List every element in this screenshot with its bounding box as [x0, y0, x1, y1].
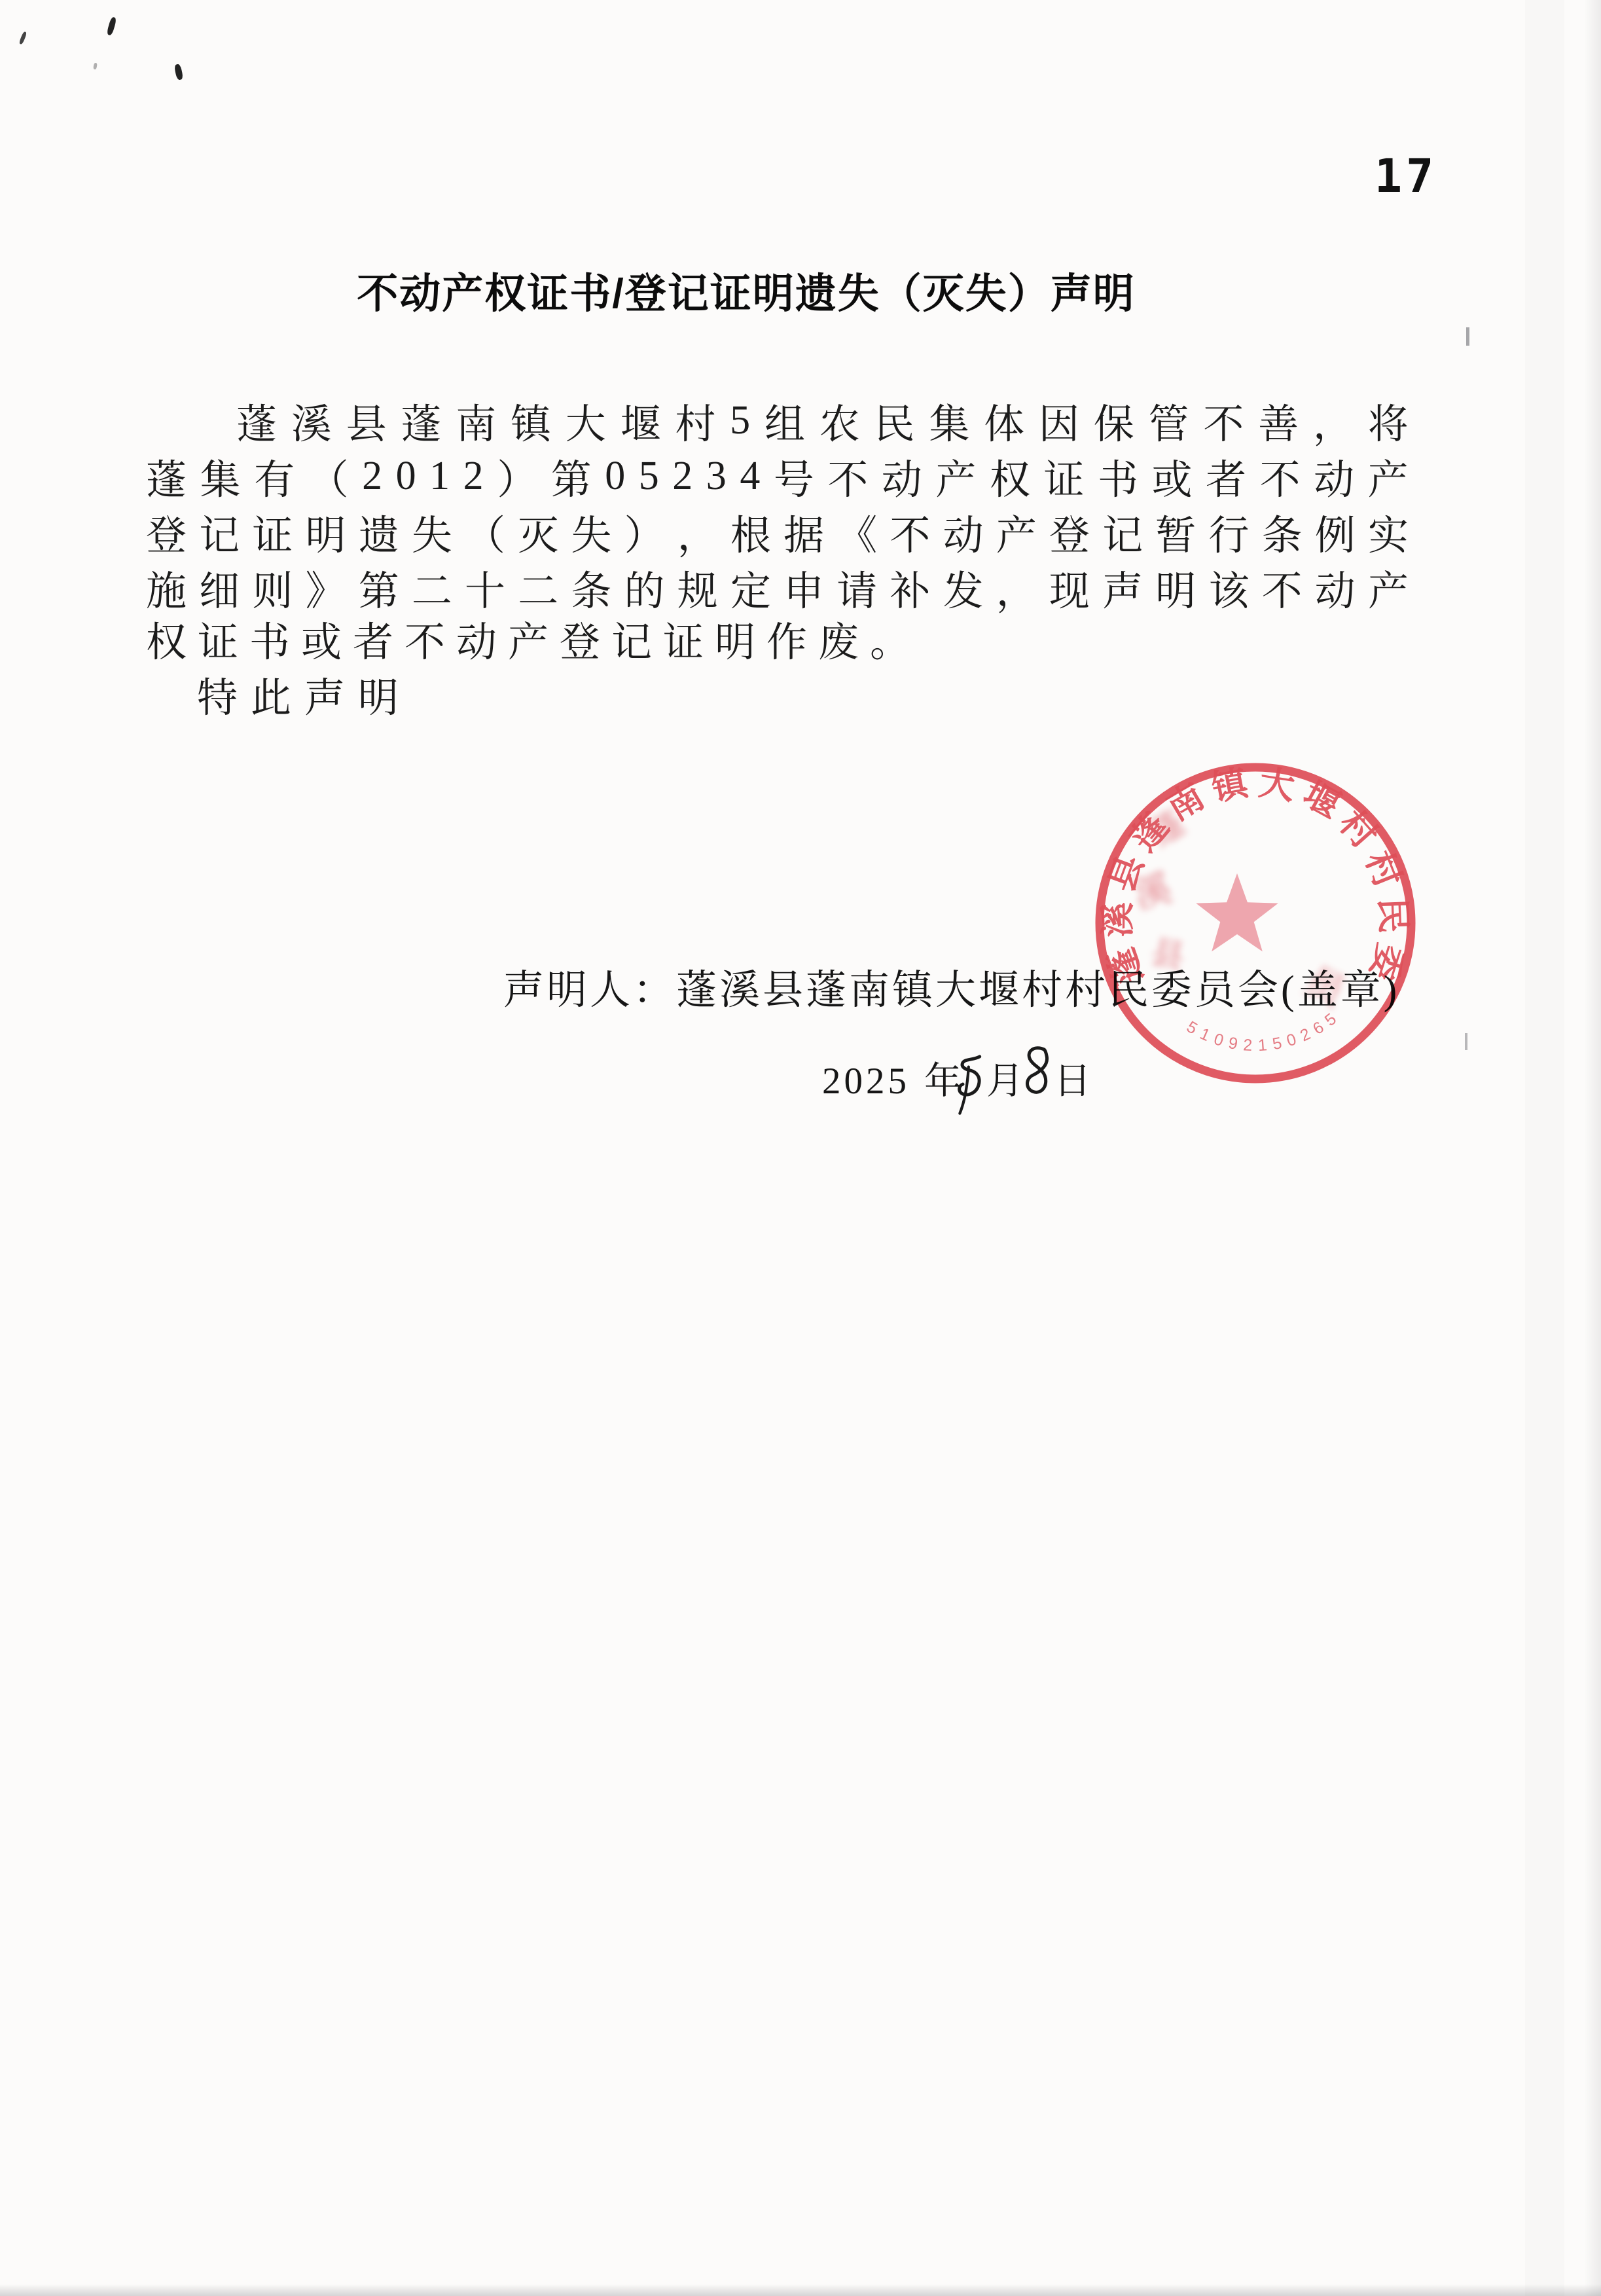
date-month-unit: 月	[986, 1061, 1024, 1102]
official-seal-stamp: 蓬溪县蓬南镇大堰村村民委员会 5109215026520 蓬 溪 县 员	[1092, 759, 1419, 1087]
body-text: 蓬溪县蓬南镇大堰村5组农民集体因保管不善，将蓬集有（2012）第05234号不动…	[146, 393, 1409, 727]
body-line: 特此声明	[146, 671, 1409, 727]
ink-speck	[18, 31, 27, 45]
body-line: 权证书或者不动产登记证明作废。	[146, 615, 1409, 671]
seal-graphic: 蓬溪县蓬南镇大堰村村民委员会 5109215026520	[1092, 759, 1419, 1087]
scan-edge-bottom	[0, 2284, 1601, 2296]
date-day-unit: 日	[1054, 1061, 1091, 1102]
handwritten-day-digit	[1020, 1044, 1054, 1106]
page-number: 17	[1375, 149, 1437, 203]
ink-speck	[93, 63, 98, 70]
body-line: 施细则》第二十二条的规定申请补发，现声明该不动产	[146, 560, 1409, 615]
seal-star-icon	[1196, 873, 1278, 951]
date-line: 2025 年 月 日	[822, 1061, 1091, 1126]
body-line: 蓬溪县蓬南镇大堰村5组农民集体因保管不善，将	[146, 393, 1409, 448]
scan-edge-right	[1584, 0, 1601, 2296]
scanned-document-page: 17 不动产权证书/登记证明遗失（灭失）声明 蓬溪县蓬南镇大堰村5组农民集体因保…	[0, 0, 1601, 2296]
handwritten-month-digit	[949, 1051, 991, 1120]
scan-dash	[1465, 1033, 1467, 1050]
scan-streak	[1525, 0, 1564, 2296]
body-line: 登记证明遗失（灭失），根据《不动产登记暂行条例实	[146, 504, 1409, 560]
ink-speck	[174, 64, 184, 81]
ink-speck	[106, 16, 117, 35]
document-title: 不动产权证书/登记证明遗失（灭失）声明	[255, 261, 1237, 320]
scan-dash	[1466, 327, 1469, 346]
date-year: 2025	[822, 1061, 910, 1102]
body-line: 蓬集有（2012）第05234号不动产权证书或者不动产	[146, 448, 1409, 504]
